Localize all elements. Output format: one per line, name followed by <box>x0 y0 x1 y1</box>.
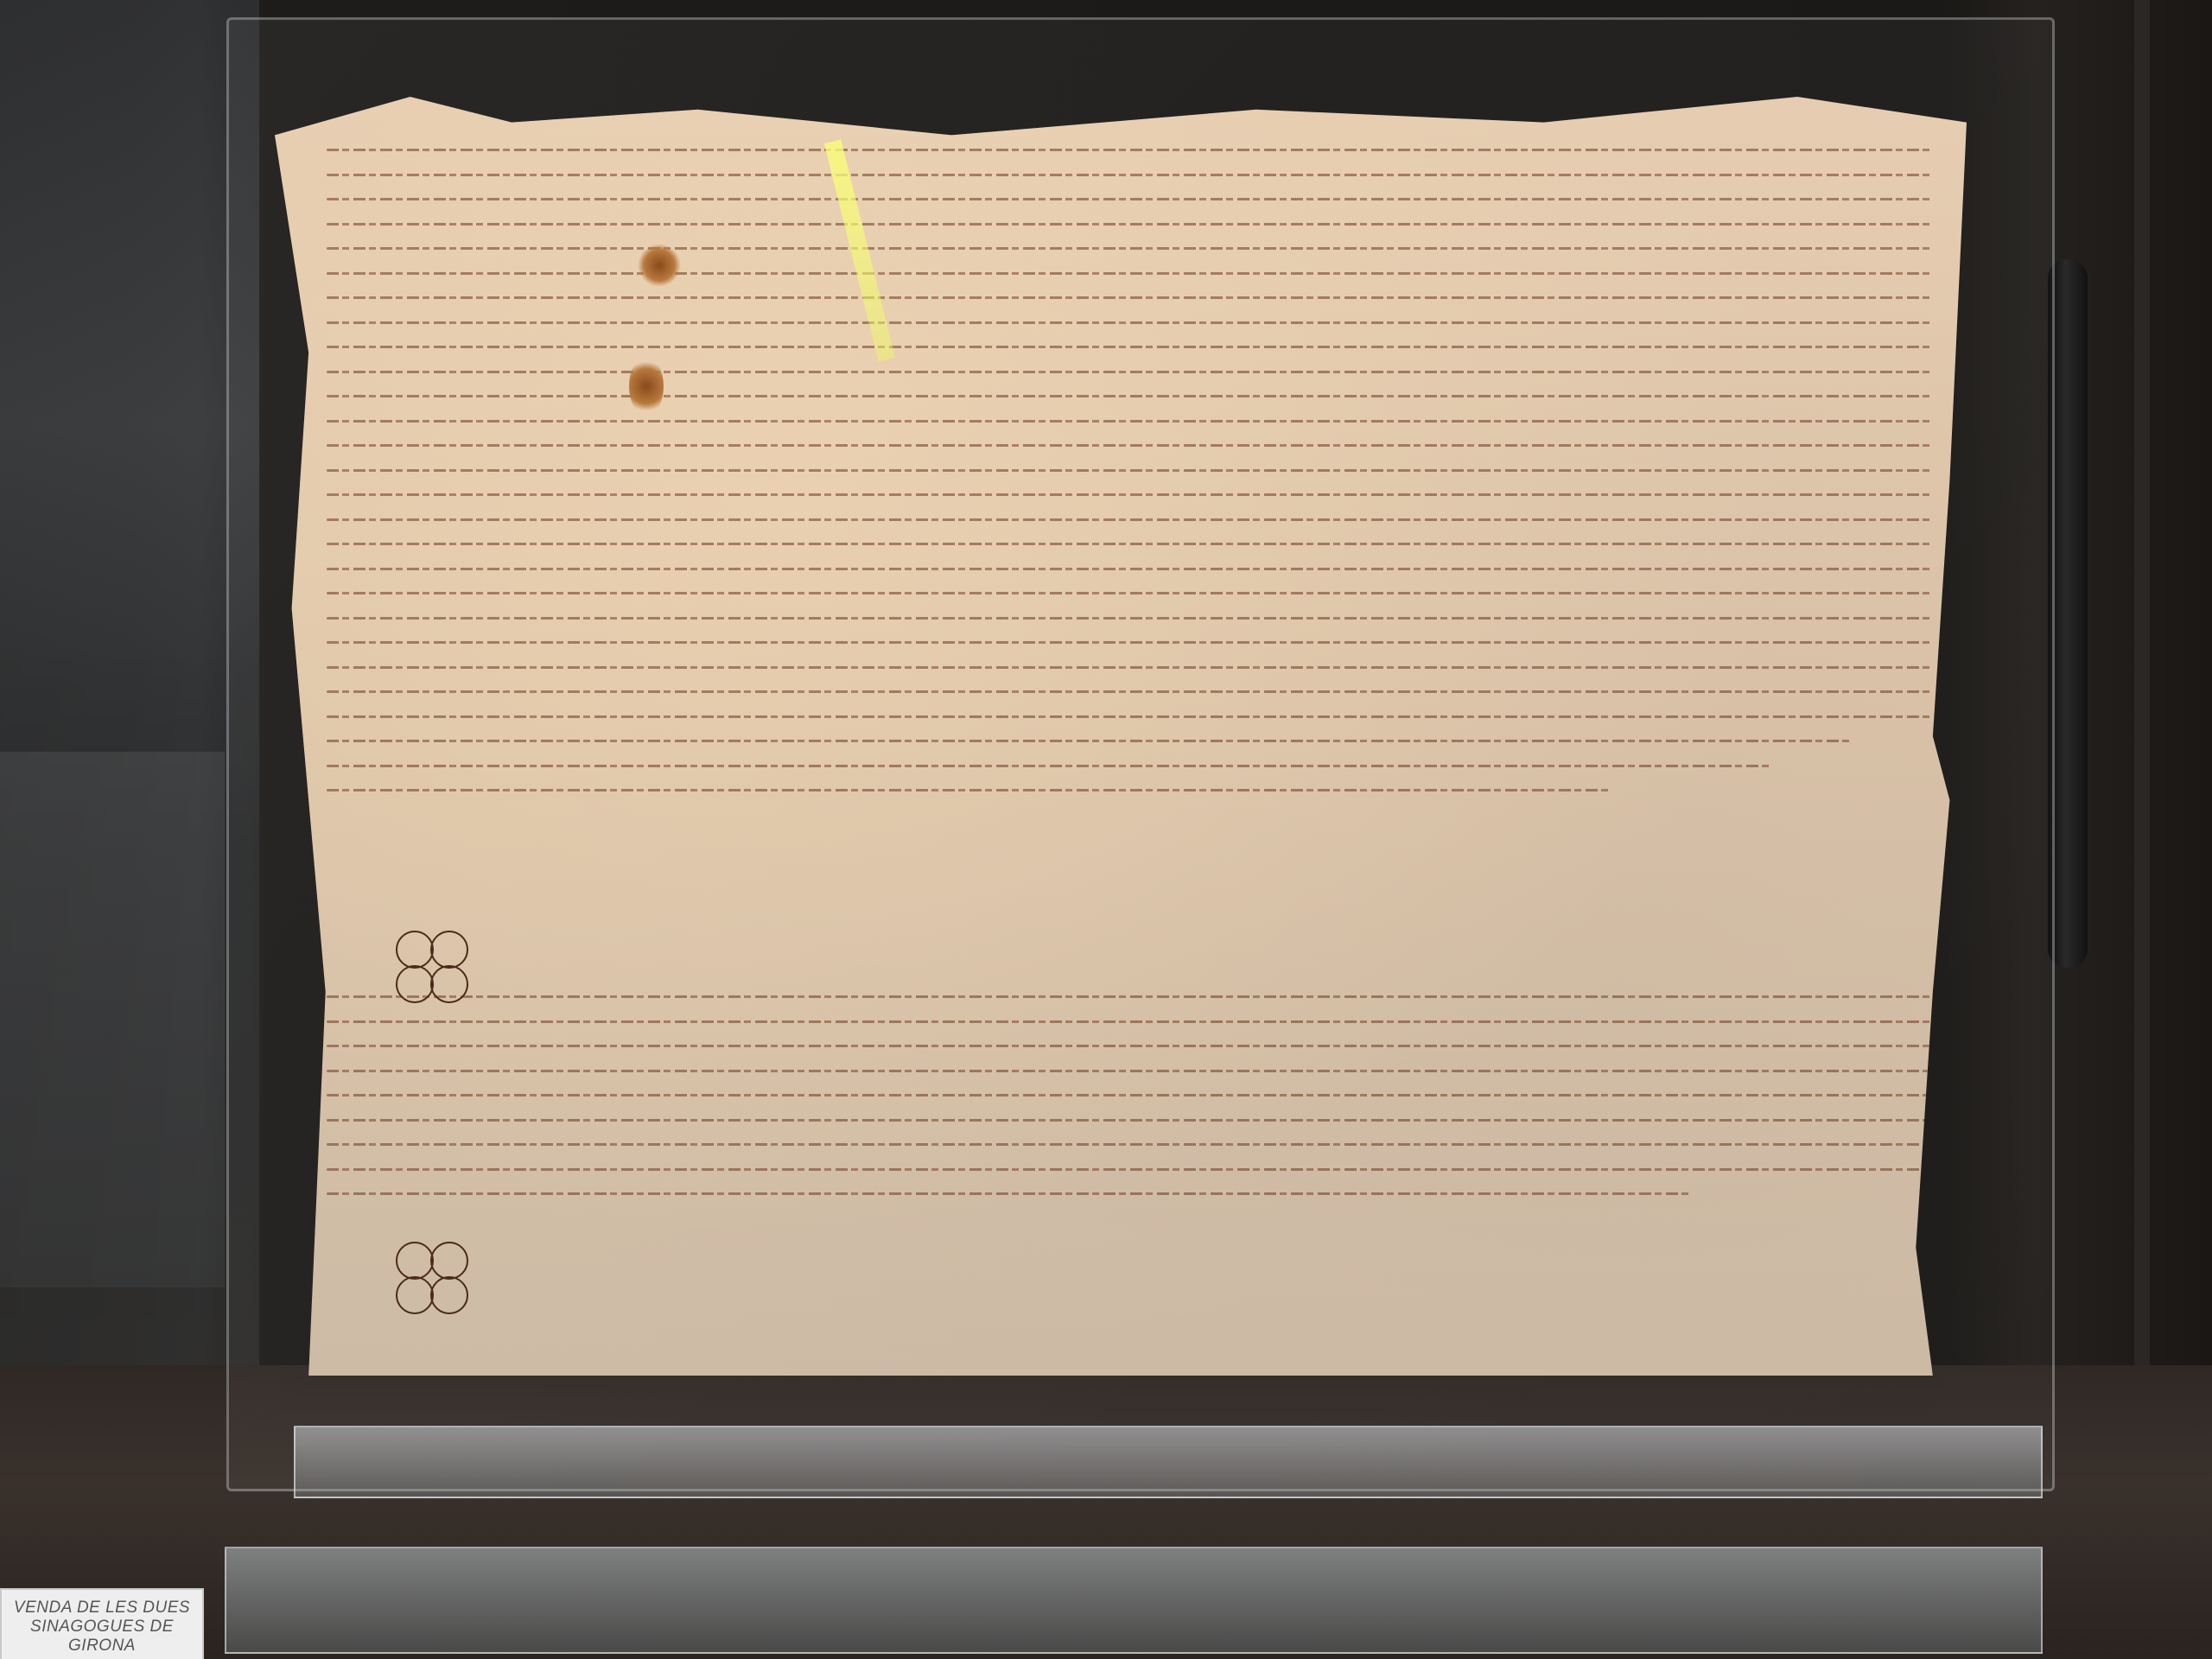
case-frame-right <box>2134 0 2150 1365</box>
notary-signum-icon <box>327 1237 499 1324</box>
manuscript-text-block-1 <box>327 149 1932 814</box>
stain <box>638 244 681 287</box>
exhibit-label: VENDA DE LES DUES SINAGOGUES DE GIRONA <box>0 1588 204 1659</box>
exhibit-label-line1: VENDA DE LES DUES <box>2 1599 202 1618</box>
notary-signum-icon <box>327 926 499 1013</box>
stain <box>629 356 664 416</box>
manuscript-parchment <box>275 97 1967 1376</box>
acrylic-stand-base <box>294 1426 2043 1498</box>
glass-panel-left <box>0 0 259 1417</box>
display-case: VENDA DE LES DUES SINAGOGUES DE GIRONA <box>0 0 2212 1659</box>
manuscript-text-block-2 <box>327 995 1932 1217</box>
acrylic-stand-foot <box>225 1547 2043 1654</box>
exhibit-label-line2: SINAGOGUES DE GIRONA <box>2 1618 202 1656</box>
